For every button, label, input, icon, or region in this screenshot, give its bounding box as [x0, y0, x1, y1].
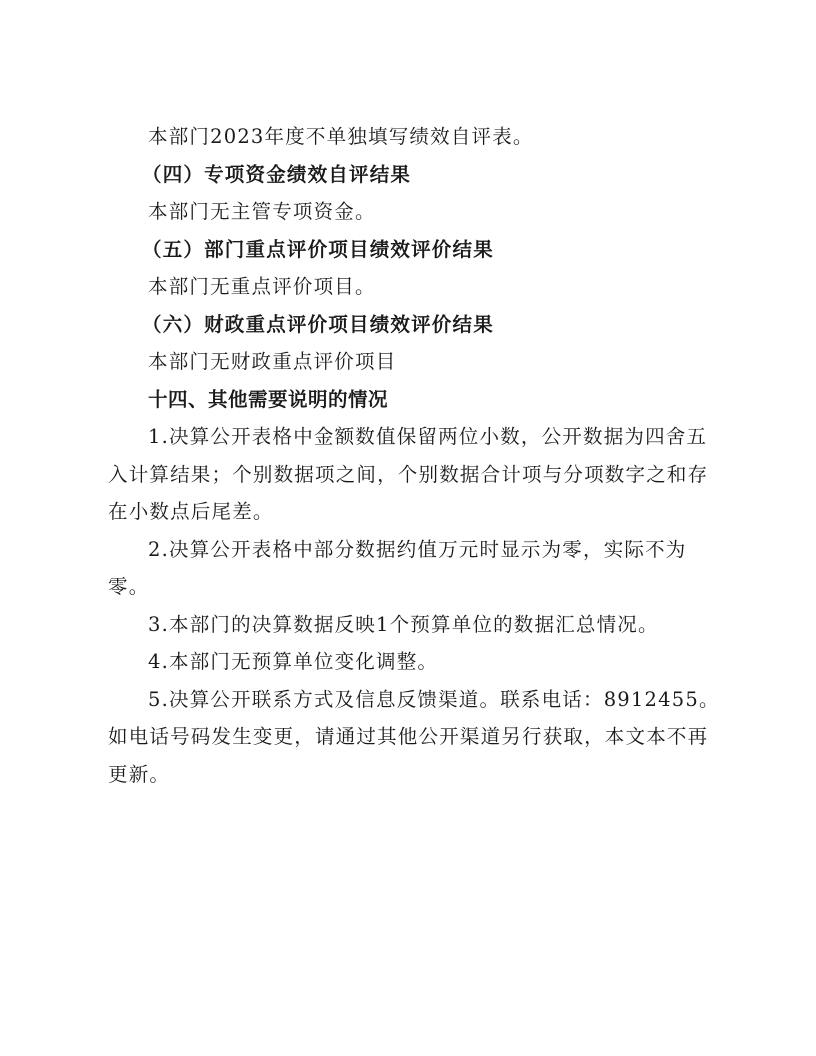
item-1-line-2: 入计算结果；个别数据项之间，个别数据合计项与分项数字之和存	[108, 456, 718, 494]
item-2-line-2: 零。	[108, 568, 718, 606]
subheading-dept-key-project-eval: （五）部门重点评价项目绩效评价结果	[108, 231, 718, 269]
item-2-line-1: 2.决算公开表格中部分数据约值万元时显示为零，实际不为	[108, 531, 718, 569]
paragraph-no-key-projects: 本部门无重点评价项目。	[108, 268, 718, 306]
item-5-line-3: 更新。	[108, 756, 718, 794]
paragraph-no-special-funds: 本部门无主管专项资金。	[108, 193, 718, 231]
subheading-finance-key-project-eval: （六）财政重点评价项目绩效评价结果	[108, 306, 718, 344]
section-heading-other-notes: 十四、其他需要说明的情况	[108, 381, 718, 419]
item-3: 3.本部门的决算数据反映1个预算单位的数据汇总情况。	[108, 606, 718, 644]
item-5-line-2: 如电话号码发生变更，请通过其他公开渠道另行获取，本文本不再	[108, 718, 718, 756]
paragraph-no-self-eval-form: 本部门2023年度不单独填写绩效自评表。	[108, 118, 718, 156]
item-5-line-1: 5.决算公开联系方式及信息反馈渠道。联系电话：8912455。	[108, 681, 718, 719]
paragraph-no-finance-key-projects: 本部门无财政重点评价项目	[108, 343, 718, 381]
subheading-special-funds-eval: （四）专项资金绩效自评结果	[108, 156, 718, 194]
document-page: 本部门2023年度不单独填写绩效自评表。 （四）专项资金绩效自评结果 本部门无主…	[108, 118, 718, 793]
item-4: 4.本部门无预算单位变化调整。	[108, 643, 718, 681]
item-1-line-1: 1.决算公开表格中金额数值保留两位小数，公开数据为四舍五	[108, 418, 718, 456]
item-1-line-3: 在小数点后尾差。	[108, 493, 718, 531]
